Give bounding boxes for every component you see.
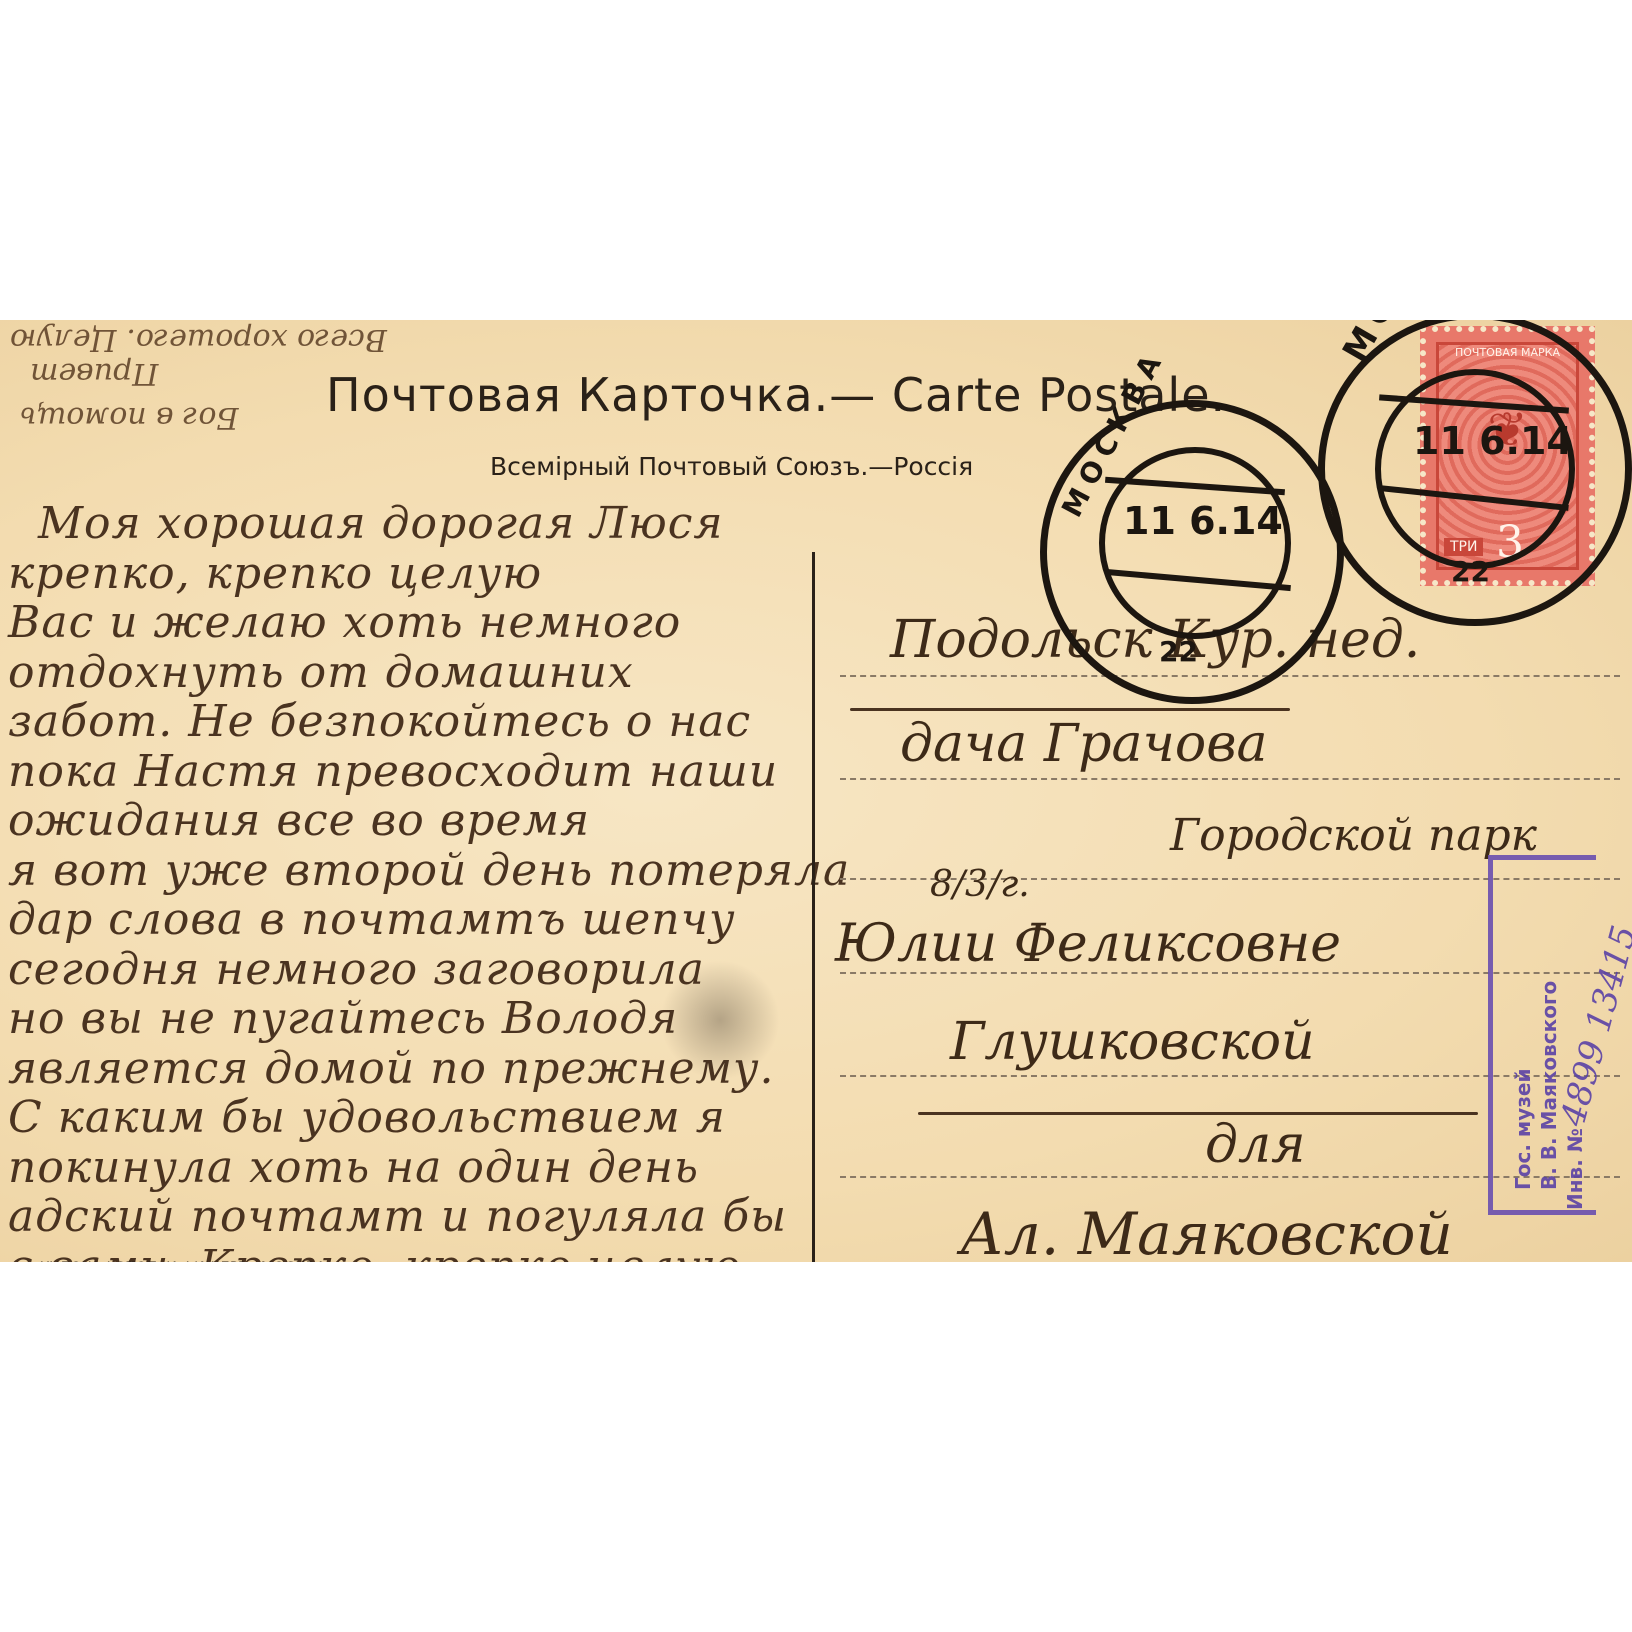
address-rule [840, 778, 1620, 780]
message-line: является домой по прежнему. [8, 1043, 774, 1094]
underline [918, 1112, 1478, 1115]
message-line: я вот уже второй день потеряла [8, 845, 850, 896]
museum-stamp-line: Инв. № [1563, 1128, 1587, 1210]
message-line: адский почтамт и погуляла бы [8, 1191, 787, 1242]
message-line: крепко, крепко целую [8, 548, 542, 599]
message-line: дар слова в почтамтъ шепчу [8, 894, 735, 945]
postmark-inner-ring [1099, 447, 1291, 639]
message-line: Моя хорошая дорогая Люся [38, 498, 724, 549]
message-line: Вас и желаю хоть немного [8, 597, 681, 648]
underline [850, 708, 1290, 711]
postcard-back: Всего хорошего. Целую Привет Бог в помощ… [0, 320, 1632, 1262]
message-line: с вами. Крепко, крепко целую [8, 1241, 741, 1263]
crosswritten-line: Привет [30, 356, 158, 391]
card-title: Почтовая Карточка.— Carte Postale. [326, 368, 1226, 422]
card-subtitle: Всемiрный Почтовый Союзъ.—Россія [490, 452, 973, 481]
postmark-office: 22 [1159, 635, 1198, 668]
museum-stamp-line: Гос. музей [1511, 1069, 1535, 1190]
crosswritten-line: Всего хорошего. Целую [10, 322, 387, 357]
inventory-number: 4899 13415 [1553, 922, 1632, 1131]
message-line: покинула хоть на один день [8, 1142, 699, 1193]
message-line: но вы не пугайтесь Володя [8, 993, 678, 1044]
message-line: забот. Не безпокойтесь о нас [8, 696, 751, 747]
address-line: для [1205, 1115, 1306, 1175]
postmark: 11 6.14 МОСКВА 22 [1318, 320, 1632, 626]
publisher-imprint: ХУДОЖ.ФОТОТ. К.ФИШЕРЪ. МОСКВА. [40, 1260, 331, 1262]
address-line: Городской парк [1170, 810, 1537, 861]
museum-stamp-line: В. В. Маяковского [1537, 981, 1561, 1190]
address-line: Ал. Маяковской [960, 1200, 1453, 1262]
postmark-date: 11 6.14 [1123, 499, 1283, 543]
message-line: С каким бы удовольствием я [8, 1092, 726, 1143]
message-line: отдохнуть от домашних [8, 647, 634, 698]
ink-smudge [660, 960, 780, 1080]
postmark: 11 6.14 МОСКВА 22 [1040, 400, 1344, 704]
postmark-office: 22 [1451, 555, 1490, 588]
address-line: дача Грачова [900, 714, 1267, 774]
address-line: Глушковской [950, 1012, 1315, 1072]
address-note: 8/3/г. [930, 864, 1030, 905]
museum-inventory-stamp: Гос. музей В. В. Маяковского Инв. № 4899… [1488, 855, 1596, 1215]
postmark-city: МОСКВА [1335, 320, 1478, 369]
crosswritten-line: Бог в помощь [20, 400, 238, 435]
message-line: ожидания все во время [8, 795, 590, 846]
postmark-date: 11 6.14 [1413, 419, 1573, 463]
address-line: Юлии Феликсовне [835, 914, 1341, 974]
divider-line [812, 552, 815, 1262]
message-line: сегодня немного заговорила [8, 944, 705, 995]
message-line: пока Настя превосходит наши [8, 746, 778, 797]
